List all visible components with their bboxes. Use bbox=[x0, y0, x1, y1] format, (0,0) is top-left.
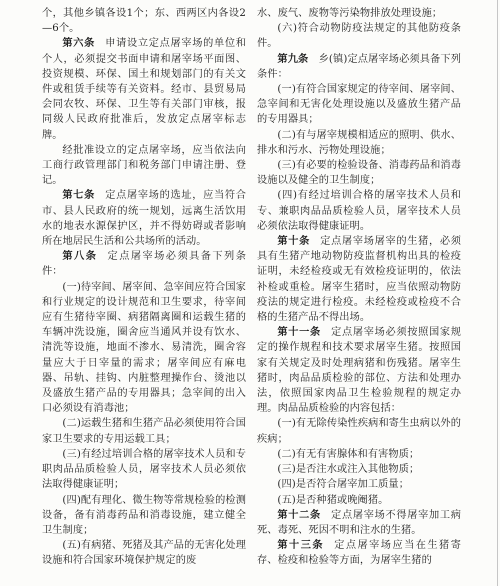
paragraph: 第十二条定点屠宰场不得屠宰加工病死、毒死、死因不明和注水的生猪。 bbox=[257, 508, 461, 538]
paragraph-text: (一)有无除传染性疾病和寄生虫病以外的疾病； bbox=[257, 418, 461, 444]
paragraph-text: (二)有无有害腺体和有害物质； bbox=[277, 449, 419, 460]
paragraph-text: (六)符合动物防疫法规定的其他防疫条件。 bbox=[257, 23, 461, 49]
paragraph: 经批准设立的定点屠宰场，应当依法向工商行政管理部门和税务部门申请注册、登记。 bbox=[42, 143, 246, 189]
article-number: 第十二条 bbox=[277, 509, 321, 521]
paragraph: (一)有符合国家规定的待宰间、屠宰间、急宰间和无害化处理设施以及盛放生猪产品的专… bbox=[257, 82, 461, 128]
article-number: 第九条 bbox=[277, 53, 308, 65]
paragraph-text: (三)有经过培训合格的屠宰技术人员和专职肉品品质检验人员，屠宰技术人员必须依法取… bbox=[42, 449, 246, 490]
paragraph: 第十三条定点屠宰场应当在生猪寄存、检疫和检验等方面，为屠宰生猪的 bbox=[257, 538, 461, 568]
article-number: 第六条 bbox=[62, 37, 95, 49]
paragraph: (二)有与屠宰规模相适应的照明、供水、排水和污水、污物处理设施； bbox=[257, 128, 461, 158]
paragraph-text: 经批准设立的定点屠宰场，应当依法向工商行政管理部门和税务部门申请注册、登记。 bbox=[42, 145, 246, 186]
paragraph: (五)是否种猪或晚阉猪。 bbox=[257, 493, 461, 508]
paragraph: (五)有病猪、死猪及其产品的无害化处理设施和符合国家环境保护规定的废 bbox=[42, 538, 246, 568]
paragraph: 第十一条定点屠宰场必须按照国家规定的操作规程和技术要求屠宰生猪。按照国家有关规定… bbox=[257, 325, 461, 416]
paragraph-text: (三)有必要的检验设备、消毒药品和消毒设施以及健全的卫生制度； bbox=[257, 160, 461, 186]
paragraph-text: (一)待宰间、屠宰间、急宰间应符合国家和行业规定的设计规范和卫生要求，待宰间应有… bbox=[42, 282, 246, 415]
paragraph-text: (五)有病猪、死猪及其产品的无害化处理设施和符合国家环境保护规定的废 bbox=[42, 540, 246, 566]
paragraph: 水、废气、废物等污染物排放处理设施； bbox=[257, 6, 461, 21]
paragraph-text: (四)有经过培训合格的屠宰技术人员和专、兼职肉品品质检验人员，屠宰技术人员必须依… bbox=[257, 190, 461, 231]
paragraph: 第十条定点屠宰场屠宰的生猪，必须具有生猪产地动物防疫监督机构出具的检疫证明，未经… bbox=[257, 234, 461, 325]
paragraph-text: (二)运载生猪和生猪产品必须使用符合国家卫生要求的专用运载工具； bbox=[42, 418, 246, 444]
paragraph-text: 定点屠宰场必须按照国家规定的操作规程和技术要求屠宰生猪。按照国家有关规定及时处理… bbox=[257, 327, 461, 414]
paragraph-text: (五)是否种猪或晚阉猪。 bbox=[277, 495, 388, 506]
paragraph: 第八条定点屠宰场必须具备下列条件： bbox=[42, 249, 246, 279]
paragraph: (三)是否注水或注入其他物质； bbox=[257, 462, 461, 477]
paragraph: (一)待宰间、屠宰间、急宰间应符合国家和行业规定的设计规范和卫生要求，待宰间应有… bbox=[42, 280, 246, 417]
paragraph: (二)有无有害腺体和有害物质； bbox=[257, 447, 461, 462]
paragraph: (四)有经过培训合格的屠宰技术人员和专、兼职肉品品质检验人员，屠宰技术人员必须依… bbox=[257, 188, 461, 234]
paragraph: 第九条乡(镇)定点屠宰场必须具备下列条件： bbox=[257, 52, 461, 82]
paragraph-text: (一)有符合国家规定的待宰间、屠宰间、急宰间和无害化处理设施以及盛放生猪产品的专… bbox=[257, 84, 461, 125]
paragraph-text: 个，其他乡镇各设1个；东、西两区内各设2—6个。 bbox=[42, 8, 246, 34]
paragraph-text: 水、废气、废物等污染物排放处理设施； bbox=[257, 8, 442, 19]
paragraph-text: 定点屠宰场屠宰的生猪，必须具有生猪产地动物防疫监督机构出具的检疫证明，未经检疫或… bbox=[257, 236, 461, 323]
paragraph: (二)运载生猪和生猪产品必须使用符合国家卫生要求的专用运载工具； bbox=[42, 416, 246, 446]
paragraph-text: (二)有与屠宰规模相适应的照明、供水、排水和污水、污物处理设施； bbox=[257, 130, 461, 156]
text-column-left: 个，其他乡镇各设1个；东、西两区内各设2—6个。 第六条申请设立定点屠宰场的单位… bbox=[42, 6, 246, 584]
article-number: 第八条 bbox=[62, 250, 97, 262]
article-number: 第十条 bbox=[277, 235, 310, 247]
page-edge-line bbox=[497, 0, 499, 586]
paragraph-text: (三)是否注水或注入其他物质； bbox=[277, 464, 419, 475]
document-page: 个，其他乡镇各设1个；东、西两区内各设2—6个。 第六条申请设立定点屠宰场的单位… bbox=[0, 0, 500, 586]
paragraph: (三)有必要的检验设备、消毒药品和消毒设施以及健全的卫生制度； bbox=[257, 158, 461, 188]
paragraph: (四)是否符合屠宰加工质量； bbox=[257, 477, 461, 492]
paragraph: 个，其他乡镇各设1个；东、西两区内各设2—6个。 bbox=[42, 6, 246, 36]
article-number: 第十一条 bbox=[277, 326, 321, 338]
paragraph: 第七条定点屠宰场的选址，应当符合市、县人民政府的统一规划，远离生活饮用水的地表水… bbox=[42, 188, 246, 249]
text-column-right: 水、废气、废物等污染物排放处理设施； (六)符合动物防疫法规定的其他防疫条件。 … bbox=[257, 6, 461, 584]
paragraph: (四)配有理化、微生物等常规检验的检测设备，备有消毒药品和消毒设施，建立健全卫生… bbox=[42, 493, 246, 539]
article-number: 第十三条 bbox=[277, 539, 324, 551]
paragraph-text: 申请设立定点屠宰场的单位和个人，必须提交书面申请和屠宰场平面图、投资规模、环保、… bbox=[42, 38, 246, 140]
paragraph: (六)符合动物防疫法规定的其他防疫条件。 bbox=[257, 21, 461, 51]
paragraph: 第六条申请设立定点屠宰场的单位和个人，必须提交书面申请和屠宰场平面图、投资规模、… bbox=[42, 36, 246, 142]
paragraph-text: (四)是否符合屠宰加工质量； bbox=[277, 479, 409, 490]
paragraph: (三)有经过培训合格的屠宰技术人员和专职肉品品质检验人员，屠宰技术人员必须依法取… bbox=[42, 447, 246, 493]
paragraph-text: (四)配有理化、微生物等常规检验的检测设备，备有消毒药品和消毒设施，建立健全卫生… bbox=[42, 495, 246, 536]
paragraph: (一)有无除传染性疾病和寄生虫病以外的疾病； bbox=[257, 416, 461, 446]
article-number: 第七条 bbox=[62, 189, 95, 201]
